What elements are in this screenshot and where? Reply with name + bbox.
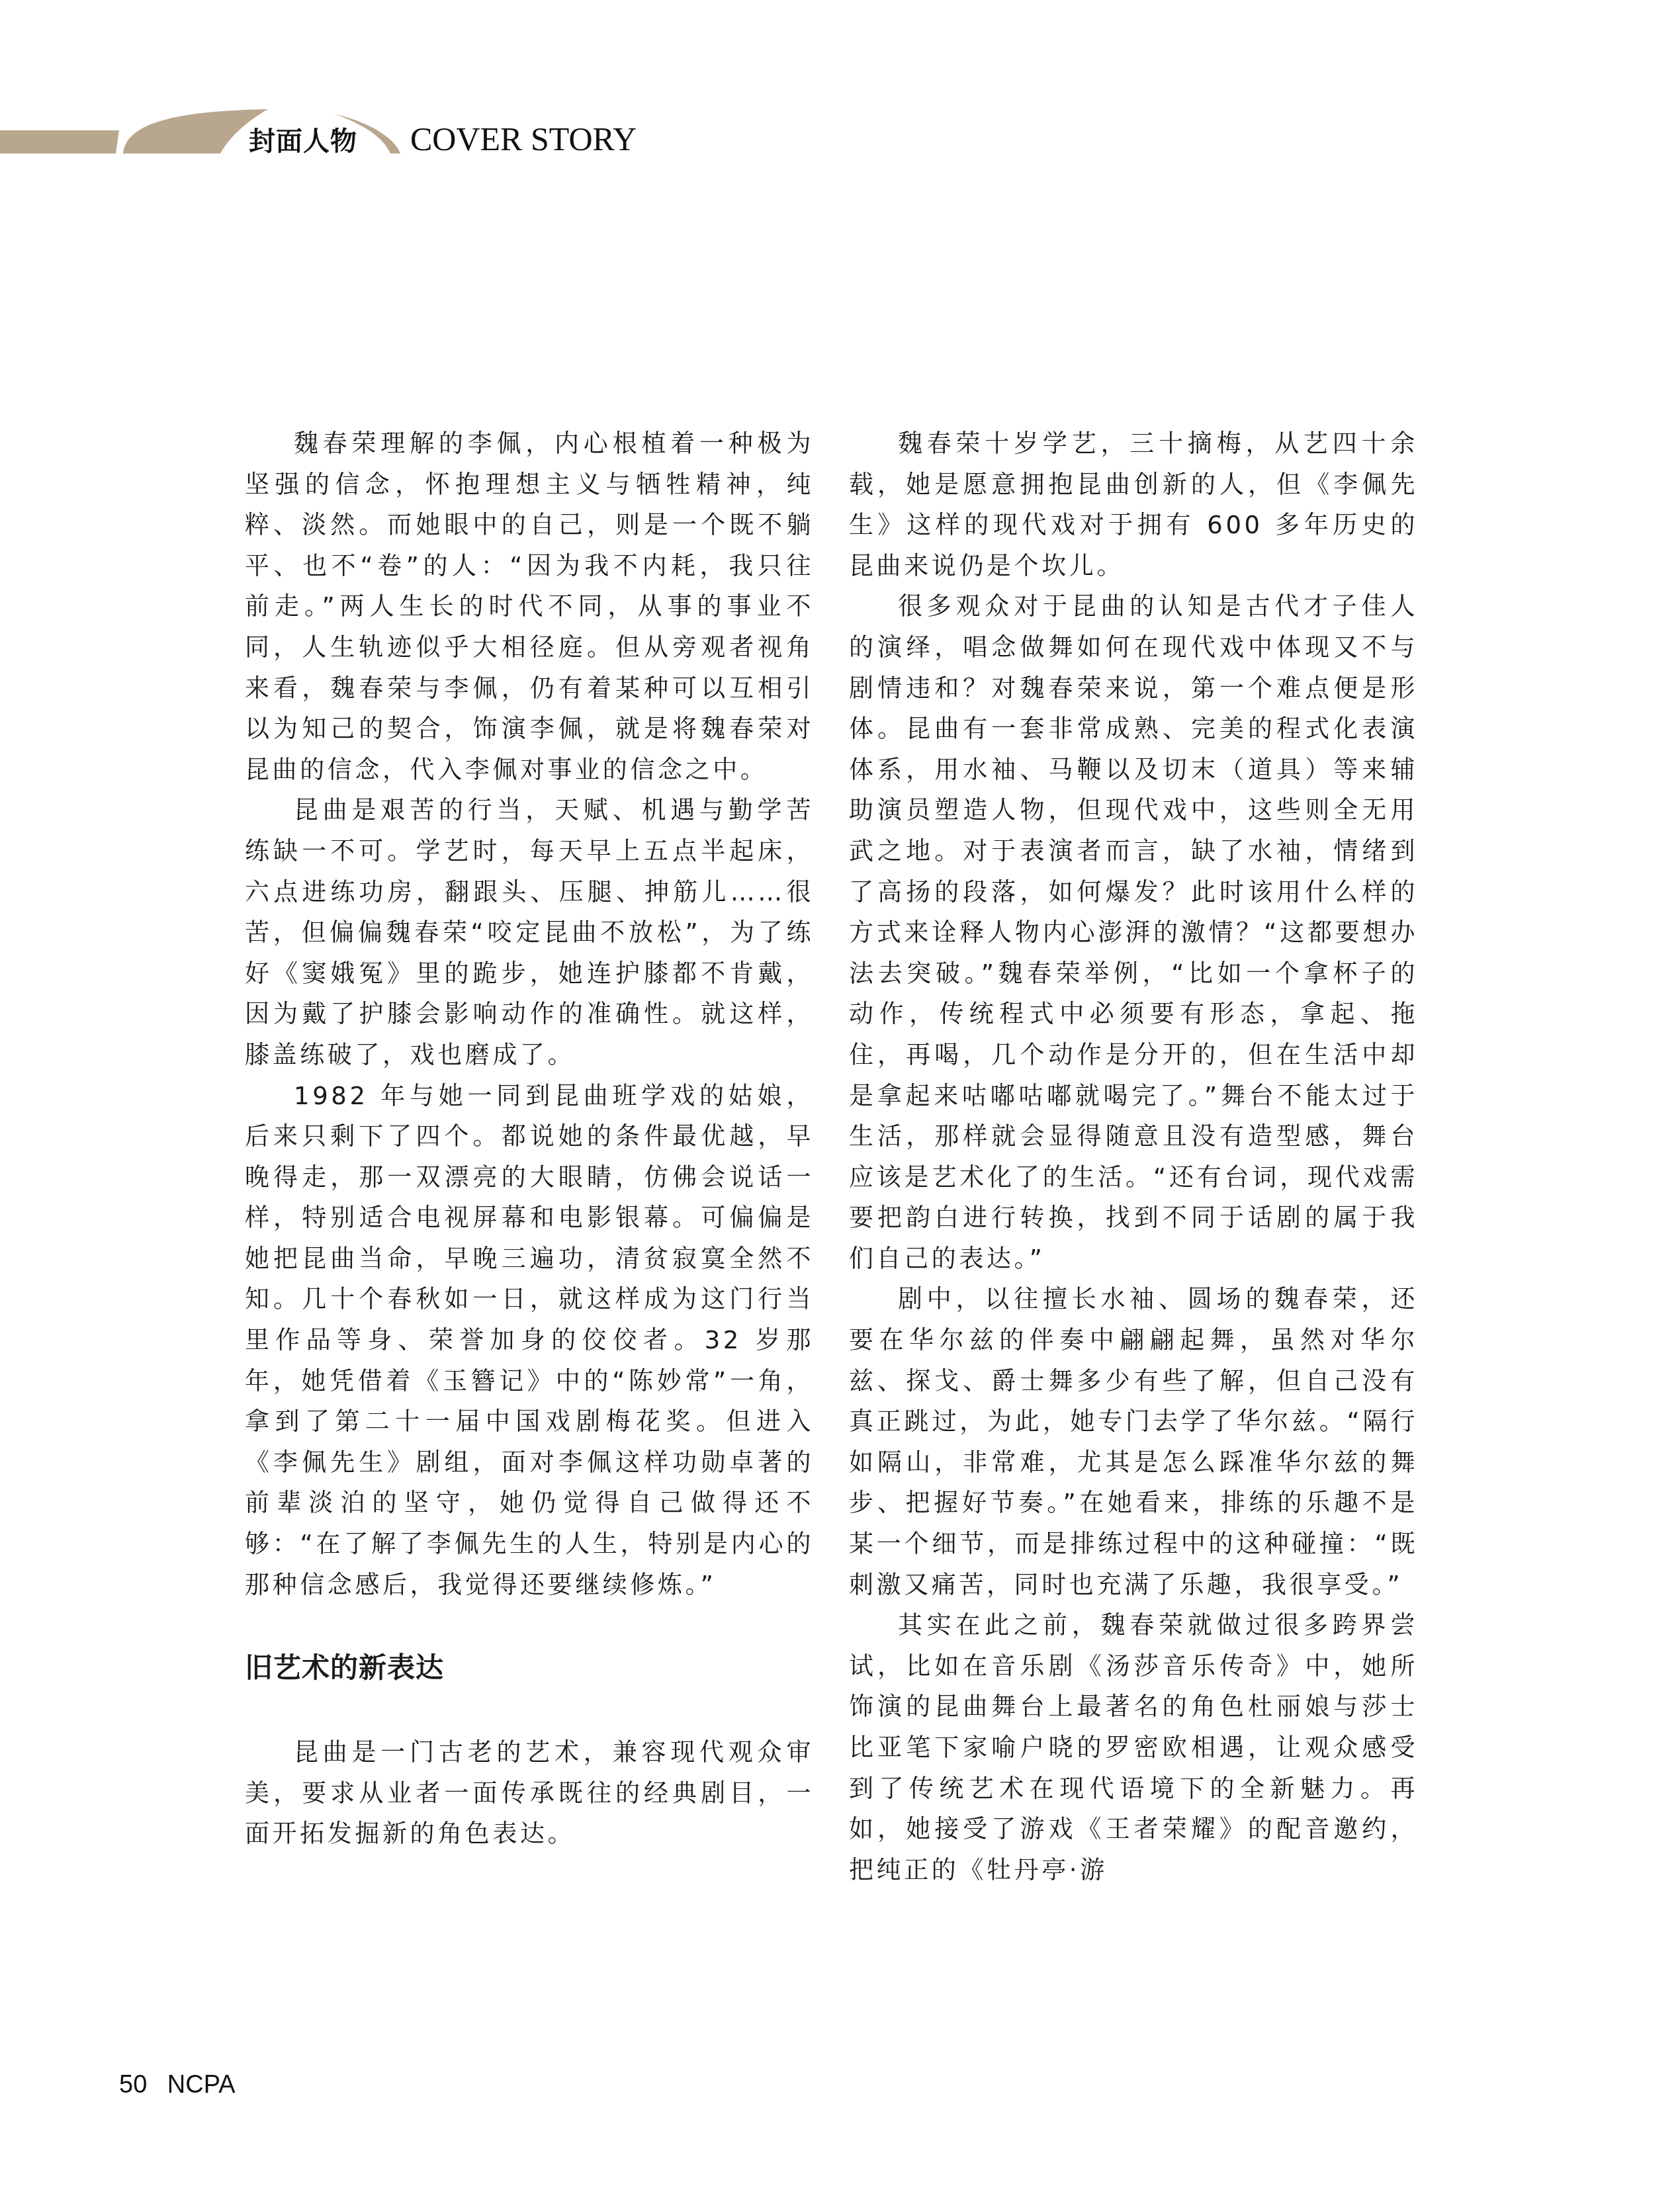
- paragraph: 昆曲是一门古老的艺术，兼容现代观众审美，要求从业者一面传承既往的经典剧目，一面开…: [245, 1732, 814, 1855]
- page-footer: 50 NCPA: [119, 2071, 249, 2099]
- paragraph: 其实在此之前，魏春荣就做过很多跨界尝试，比如在音乐剧《汤莎音乐传奇》中，她所饰演…: [849, 1605, 1418, 1890]
- paragraph: 魏春荣十岁学艺，三十摘梅，从艺四十余载，她是愿意拥抱昆曲创新的人，但《李佩先生》…: [849, 423, 1418, 586]
- section-header: 封面人物 COVER STORY: [0, 99, 662, 165]
- page-number: 50: [119, 2071, 147, 2099]
- article-column-left: 魏春荣理解的李佩，内心根植着一种极为坚强的信念，怀抱理想主义与牺牲精神，纯粹、淡…: [245, 423, 814, 1855]
- paragraph: 魏春荣理解的李佩，内心根植着一种极为坚强的信念，怀抱理想主义与牺牲精神，纯粹、淡…: [245, 423, 814, 790]
- subheading: 旧艺术的新表达: [245, 1651, 814, 1685]
- section-label-chinese: 封面人物: [249, 127, 357, 156]
- paragraph: 剧中，以往擅长水袖、圆场的魏春荣，还要在华尔兹的伴奏中翩翩起舞，虽然对华尔兹、探…: [849, 1279, 1418, 1605]
- article-column-right: 魏春荣十岁学艺，三十摘梅，从艺四十余载，她是愿意拥抱昆曲创新的人，但《李佩先生》…: [849, 423, 1418, 1890]
- paragraph: 1982 年与她一同到昆曲班学戏的姑娘，后来只剩下了四个。都说她的条件最优越，早…: [245, 1076, 814, 1606]
- paragraph: 很多观众对于昆曲的认知是古代才子佳人的演绎，唱念做舞如何在现代戏中体现又不与剧情…: [849, 586, 1418, 1279]
- paragraph: 昆曲是艰苦的行当，天赋、机遇与勤学苦练缺一不可。学艺时，每天早上五点半起床，六点…: [245, 790, 814, 1075]
- magazine-name: NCPA: [167, 2071, 236, 2099]
- section-label-english: COVER STORY: [410, 122, 637, 156]
